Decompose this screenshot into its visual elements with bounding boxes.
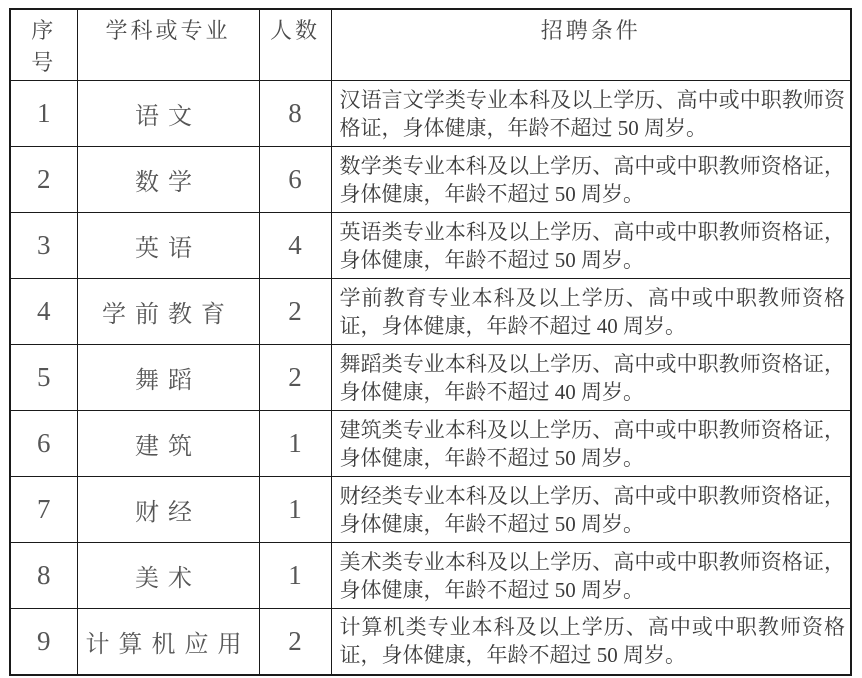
headcount-cell: 1 <box>259 477 331 543</box>
subject-cell: 英语 <box>77 213 259 279</box>
serial-number-cell: 5 <box>10 345 77 411</box>
header-headcount: 人数 <box>259 9 331 81</box>
serial-number-cell: 3 <box>10 213 77 279</box>
headcount-cell: 2 <box>259 279 331 345</box>
condition-cell: 计算机类专业本科及以上学历、高中或中职教师资格证，身体健康，年龄不超过 50 周… <box>331 609 851 675</box>
serial-number-cell: 4 <box>10 279 77 345</box>
serial-number-cell: 7 <box>10 477 77 543</box>
condition-cell: 学前教育专业本科及以上学历、高中或中职教师资格证，身体健康，年龄不超过 40 周… <box>331 279 851 345</box>
table-row: 9 计算机应用 2 计算机类专业本科及以上学历、高中或中职教师资格证，身体健康，… <box>10 609 851 675</box>
table-row: 4 学前教育 2 学前教育专业本科及以上学历、高中或中职教师资格证，身体健康，年… <box>10 279 851 345</box>
header-row: 序 号 学科或专业 人数 招聘条件 <box>10 9 851 81</box>
table-row: 8 美术 1 美术类专业本科及以上学历、高中或中职教师资格证，身体健康，年龄不超… <box>10 543 851 609</box>
serial-number-cell: 6 <box>10 411 77 477</box>
condition-cell: 汉语言文学类专业本科及以上学历、高中或中职教师资格证，身体健康，年龄不超过 50… <box>331 81 851 147</box>
header-recruitment-conditions: 招聘条件 <box>331 9 851 81</box>
headcount-cell: 1 <box>259 411 331 477</box>
condition-cell: 英语类专业本科及以上学历、高中或中职教师资格证，身体健康，年龄不超过 50 周岁… <box>331 213 851 279</box>
headcount-cell: 2 <box>259 609 331 675</box>
condition-cell: 建筑类专业本科及以上学历、高中或中职教师资格证，身体健康，年龄不超过 50 周岁… <box>331 411 851 477</box>
headcount-cell: 4 <box>259 213 331 279</box>
serial-number-cell: 9 <box>10 609 77 675</box>
table-row: 5 舞蹈 2 舞蹈类专业本科及以上学历、高中或中职教师资格证，身体健康，年龄不超… <box>10 345 851 411</box>
table-row: 3 英语 4 英语类专业本科及以上学历、高中或中职教师资格证，身体健康，年龄不超… <box>10 213 851 279</box>
headcount-cell: 1 <box>259 543 331 609</box>
table-row: 7 财经 1 财经类专业本科及以上学历、高中或中职教师资格证，身体健康，年龄不超… <box>10 477 851 543</box>
table-row: 2 数学 6 数学类专业本科及以上学历、高中或中职教师资格证，身体健康，年龄不超… <box>10 147 851 213</box>
condition-cell: 美术类专业本科及以上学历、高中或中职教师资格证，身体健康，年龄不超过 50 周岁… <box>331 543 851 609</box>
table-row: 1 语文 8 汉语言文学类专业本科及以上学历、高中或中职教师资格证，身体健康，年… <box>10 81 851 147</box>
subject-cell: 数学 <box>77 147 259 213</box>
header-subject-or-major: 学科或专业 <box>77 9 259 81</box>
table-row: 6 建筑 1 建筑类专业本科及以上学历、高中或中职教师资格证，身体健康，年龄不超… <box>10 411 851 477</box>
headcount-cell: 6 <box>259 147 331 213</box>
subject-cell: 计算机应用 <box>77 609 259 675</box>
condition-cell: 舞蹈类专业本科及以上学历、高中或中职教师资格证，身体健康，年龄不超过 40 周岁… <box>331 345 851 411</box>
serial-number-cell: 2 <box>10 147 77 213</box>
headcount-cell: 2 <box>259 345 331 411</box>
subject-cell: 建筑 <box>77 411 259 477</box>
subject-cell: 学前教育 <box>77 279 259 345</box>
headcount-cell: 8 <box>259 81 331 147</box>
subject-cell: 财经 <box>77 477 259 543</box>
subject-cell: 舞蹈 <box>77 345 259 411</box>
subject-cell: 语文 <box>77 81 259 147</box>
recruitment-conditions-table: 序 号 学科或专业 人数 招聘条件 1 语文 8 汉语言文学类专业本科及以上学历… <box>9 8 852 676</box>
recruitment-table: 序 号 学科或专业 人数 招聘条件 1 语文 8 汉语言文学类专业本科及以上学历… <box>9 8 852 676</box>
header-serial-number: 序 号 <box>10 9 77 81</box>
subject-cell: 美术 <box>77 543 259 609</box>
serial-number-cell: 1 <box>10 81 77 147</box>
condition-cell: 财经类专业本科及以上学历、高中或中职教师资格证，身体健康，年龄不超过 50 周岁… <box>331 477 851 543</box>
serial-number-cell: 8 <box>10 543 77 609</box>
condition-cell: 数学类专业本科及以上学历、高中或中职教师资格证，身体健康，年龄不超过 50 周岁… <box>331 147 851 213</box>
